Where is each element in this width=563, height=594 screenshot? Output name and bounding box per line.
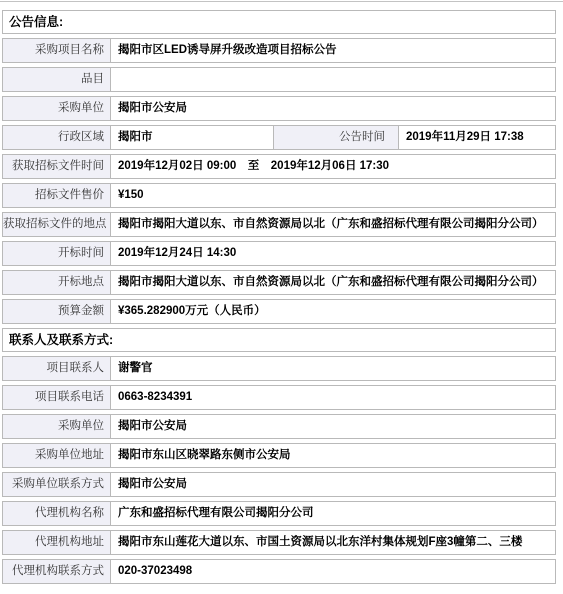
- table-row: 行政区域揭阳市公告时间2019年11月29日 17:38: [2, 125, 556, 150]
- row-value: 揭阳市公安局: [111, 415, 555, 438]
- table-row: 代理机构地址揭阳市东山莲花大道以东、市国土资源局以北东洋村集体规划F座3幢第二、…: [2, 530, 556, 555]
- row-label: 代理机构联系方式: [3, 560, 111, 583]
- section-header: 公告信息:: [2, 10, 556, 34]
- table-row: 预算金额¥365.282900万元（人民币）: [2, 299, 556, 324]
- row-value: 揭阳市东山莲花大道以东、市国土资源局以北东洋村集体规划F座3幢第二、三楼: [111, 531, 555, 554]
- row-value: 2019年12月02日 09:00 至 2019年12月06日 17:30: [111, 155, 555, 178]
- table-row: 开标地点揭阳市揭阳大道以东、市自然资源局以北（广东和盛招标代理有限公司揭阳分公司…: [2, 270, 556, 295]
- row-label: 品目: [3, 68, 111, 91]
- row-value: 0663-8234391: [111, 386, 555, 409]
- table-row: 采购项目名称揭阳市区LED诱导屏升级改造项目招标公告: [2, 38, 556, 63]
- row-value: 揭阳市公安局: [111, 473, 555, 496]
- row-label: 采购单位: [3, 97, 111, 120]
- row-value: [111, 68, 555, 91]
- table-row: 采购单位揭阳市公安局: [2, 96, 556, 121]
- table-row: 采购单位联系方式揭阳市公安局: [2, 472, 556, 497]
- row-label: 行政区域: [3, 126, 111, 149]
- table-row: 代理机构名称广东和盛招标代理有限公司揭阳分公司: [2, 501, 556, 526]
- row-value: 谢警官: [111, 357, 555, 380]
- table-row: 项目联系人谢警官: [2, 356, 556, 381]
- row-value: ¥150: [111, 184, 555, 207]
- table-row: 招标文件售价¥150: [2, 183, 556, 208]
- row-label: 获取招标文件的地点: [3, 213, 111, 236]
- table-row: 项目联系电话0663-8234391: [2, 385, 556, 410]
- table-row: 代理机构联系方式020-37023498: [2, 559, 556, 584]
- row-value: 2019年12月24日 14:30: [111, 242, 555, 265]
- row-value: 揭阳市: [111, 126, 274, 149]
- section-header: 联系人及联系方式:: [2, 328, 556, 352]
- table-row: 采购单位揭阳市公安局: [2, 414, 556, 439]
- row-label: 项目联系电话: [3, 386, 111, 409]
- table-row: 获取招标文件的地点揭阳市揭阳大道以东、市自然资源局以北（广东和盛招标代理有限公司…: [2, 212, 556, 237]
- row-label: 开标地点: [3, 271, 111, 294]
- row-value: 揭阳市东山区晓翠路东侧市公安局: [111, 444, 555, 467]
- row-label: 招标文件售价: [3, 184, 111, 207]
- table-row: 开标时间2019年12月24日 14:30: [2, 241, 556, 266]
- row-label: 开标时间: [3, 242, 111, 265]
- row-value: 020-37023498: [111, 560, 555, 583]
- top-divider: [0, 1, 563, 2]
- row-label: 预算金额: [3, 300, 111, 323]
- row-label-2: 公告时间: [274, 126, 399, 149]
- row-label: 采购单位: [3, 415, 111, 438]
- section-title: 公告信息:: [9, 15, 63, 29]
- row-label: 项目联系人: [3, 357, 111, 380]
- table-row: 品目: [2, 67, 556, 92]
- row-value: 揭阳市区LED诱导屏升级改造项目招标公告: [111, 39, 555, 62]
- row-label: 获取招标文件时间: [3, 155, 111, 178]
- section-title: 联系人及联系方式:: [9, 333, 113, 347]
- row-label: 采购单位联系方式: [3, 473, 111, 496]
- row-value: 揭阳市揭阳大道以东、市自然资源局以北（广东和盛招标代理有限公司揭阳分公司）: [111, 271, 555, 294]
- row-value: 广东和盛招标代理有限公司揭阳分公司: [111, 502, 555, 525]
- row-value: ¥365.282900万元（人民币）: [111, 300, 555, 323]
- row-label: 采购单位地址: [3, 444, 111, 467]
- announcement-table: 公告信息:采购项目名称揭阳市区LED诱导屏升级改造项目招标公告品目采购单位揭阳市…: [2, 10, 556, 588]
- row-value: 揭阳市公安局: [111, 97, 555, 120]
- row-label: 代理机构地址: [3, 531, 111, 554]
- row-label: 代理机构名称: [3, 502, 111, 525]
- table-row: 采购单位地址揭阳市东山区晓翠路东侧市公安局: [2, 443, 556, 468]
- row-value-2: 2019年11月29日 17:38: [399, 126, 555, 149]
- table-row: 获取招标文件时间2019年12月02日 09:00 至 2019年12月06日 …: [2, 154, 556, 179]
- row-label: 采购项目名称: [3, 39, 111, 62]
- row-value: 揭阳市揭阳大道以东、市自然资源局以北（广东和盛招标代理有限公司揭阳分公司）: [111, 213, 555, 236]
